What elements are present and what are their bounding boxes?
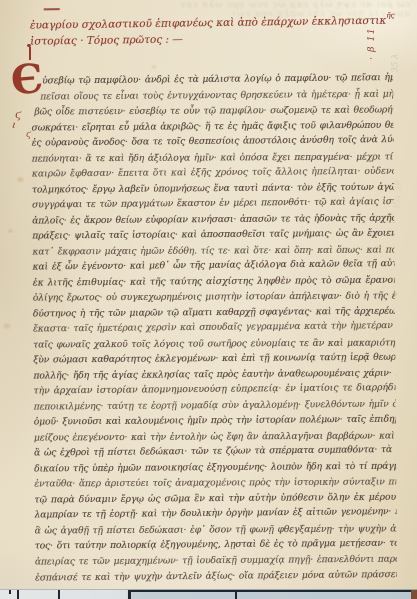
manuscript-line: καιρῶν ἔφθασαν· ἔπειτα ὅτι καὶ ἑξῆς χρόν… xyxy=(32,164,394,182)
faint-margin-number: 35 λ xyxy=(390,54,400,73)
rubric-header: ἐυαγρίου σχολαστικοῦ ἐπιφανέως καὶ ἀπὸ ἐ… xyxy=(30,7,400,49)
header-title-superscript: ῆς xyxy=(386,11,394,19)
film-strip-tick xyxy=(235,590,237,599)
manuscript-line: πράξεις· ψιλαῖς ταῖς ἱστορίαις· καὶ ἀποσ… xyxy=(32,226,394,244)
manuscript-line: ταῖς φωναῖς χαλκοῦ τοῖς λόγοις τοῦ σωτῆρ… xyxy=(33,335,395,353)
foxing-spot xyxy=(16,176,25,183)
text-block: ὐσεβίῳ τῷ παμφίλου· ἀνδρὶ ἐς τὰ μάλιστα … xyxy=(31,71,397,586)
manuscript-line: πεποικιλμένης· ταύτῃ τε ἑορτῇ νομαδίᾳ σὺ… xyxy=(34,396,396,414)
manuscript-scan: ϲω μοι αϲ ϲψη ωλμ ϲαμ ωϛ νϲω ημϲ ωλα ϲμε… xyxy=(0,0,417,599)
manuscript-page: ϲω μοι αϲ ϲψη ωλμ ϲαμ ωϛ νϲω ημϲ ωλα ϲμε… xyxy=(0,0,417,599)
film-strip-tick xyxy=(9,590,11,594)
manuscript-line: ἐνταῦθα· ἅπερ ἀριστεύει τοῖς ἀναμαχομένο… xyxy=(34,475,396,493)
manuscript-line: λαμπρίαν τε τῇ ἑορτῇ· καὶ τὴν δουλικὴν ὀ… xyxy=(34,504,396,523)
header-overline-mark xyxy=(44,8,60,10)
foxing-spot xyxy=(2,322,12,330)
initial-cross-dot xyxy=(27,44,31,47)
foxing-spot xyxy=(7,228,14,234)
bleedthrough-text: ηϛ ωλ xyxy=(393,180,403,210)
film-strip-line xyxy=(128,590,412,592)
manuscript-line: ἐσπάνισέ τε καὶ τὴν ψυχὴν ἀντλεῖν ἀξίως·… xyxy=(35,566,397,585)
film-strip-brown-patch xyxy=(411,590,417,599)
initial-flourish: ϛ xyxy=(15,108,21,121)
foxing-spot xyxy=(150,64,158,70)
header-title-text: ἐυαγρίου σχολαστικοῦ ἐπιφανέως καὶ ἀπὸ ἐ… xyxy=(30,15,387,32)
film-strip-tick xyxy=(128,590,131,599)
film-strip-tick xyxy=(58,590,60,599)
manuscript-line: ἕκαστα· ταῖς ἡμετέραις χερσὶν καὶ σπουδα… xyxy=(33,318,395,337)
manuscript-line: ὀλίγης ἔρωτος· οὐ συγκεχωρημένοις μισητὴ… xyxy=(33,289,395,307)
film-strip xyxy=(0,589,417,599)
film-strip-tick xyxy=(17,590,19,599)
manuscript-line: ἃ ὡς ἀγαθῇ τῇ πίστει δεδώκασι· ἐφ᾽ ὅσον … xyxy=(35,521,397,539)
initial-flourish: ι xyxy=(11,120,17,132)
manuscript-line: ἐς οὐρανοὺς ἄνοδος· ὅσα τε τοῖς θεσπεσίο… xyxy=(31,132,393,151)
initial-flourish: ϛ xyxy=(26,130,31,140)
manuscript-line: βῶς οἶδε πιστεύειν· εὐσεβίῳ τε οὖν τῷ πα… xyxy=(31,102,393,120)
manuscript-line: ὁμοῦ· ξυνιοῦσι καὶ καλουμένοις ἡμῖν πρὸς… xyxy=(34,412,396,430)
